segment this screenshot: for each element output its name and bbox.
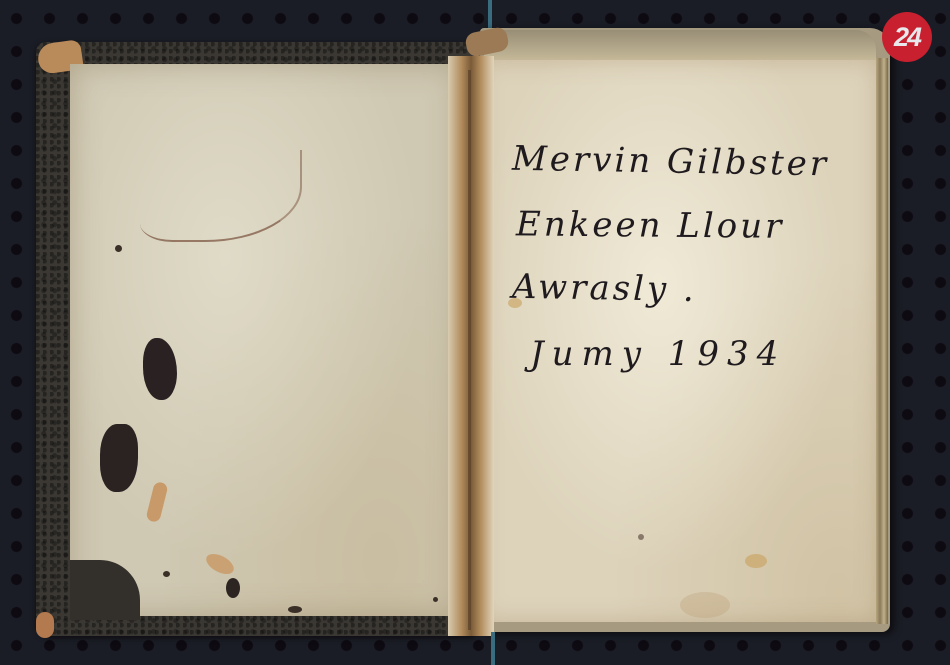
page-block-top-edge <box>484 30 876 60</box>
inscription-line-date: Jumy 1934 <box>512 322 882 386</box>
gutter-crease <box>468 70 471 630</box>
spot <box>433 597 438 602</box>
book-photo: Mervin Gilbster Enkeen Llour Awrasly . J… <box>0 0 950 665</box>
water-stain <box>680 592 730 618</box>
ink-stain <box>100 424 138 492</box>
ink-stain <box>226 578 240 598</box>
spot <box>163 571 170 577</box>
bookmark-thread-bottom <box>491 632 495 665</box>
handwritten-inscription: Mervin Gilbster Enkeen Llour Awrasly . J… <box>512 130 882 386</box>
foxing-spot <box>745 554 767 568</box>
spot <box>288 606 302 613</box>
inscription-line-town: Awrasly . <box>511 255 882 325</box>
left-endpaper <box>70 64 458 616</box>
inscription-line-place: Enkeen Llour <box>512 192 883 259</box>
cover-corner-wear-bottom <box>36 612 54 638</box>
inscription-line-name: Mervin Gilbster <box>511 127 882 197</box>
book-gutter <box>448 56 494 636</box>
foxing-spot <box>638 534 644 540</box>
spot <box>115 245 122 252</box>
watermark-logo-icon: 24 <box>882 12 932 62</box>
